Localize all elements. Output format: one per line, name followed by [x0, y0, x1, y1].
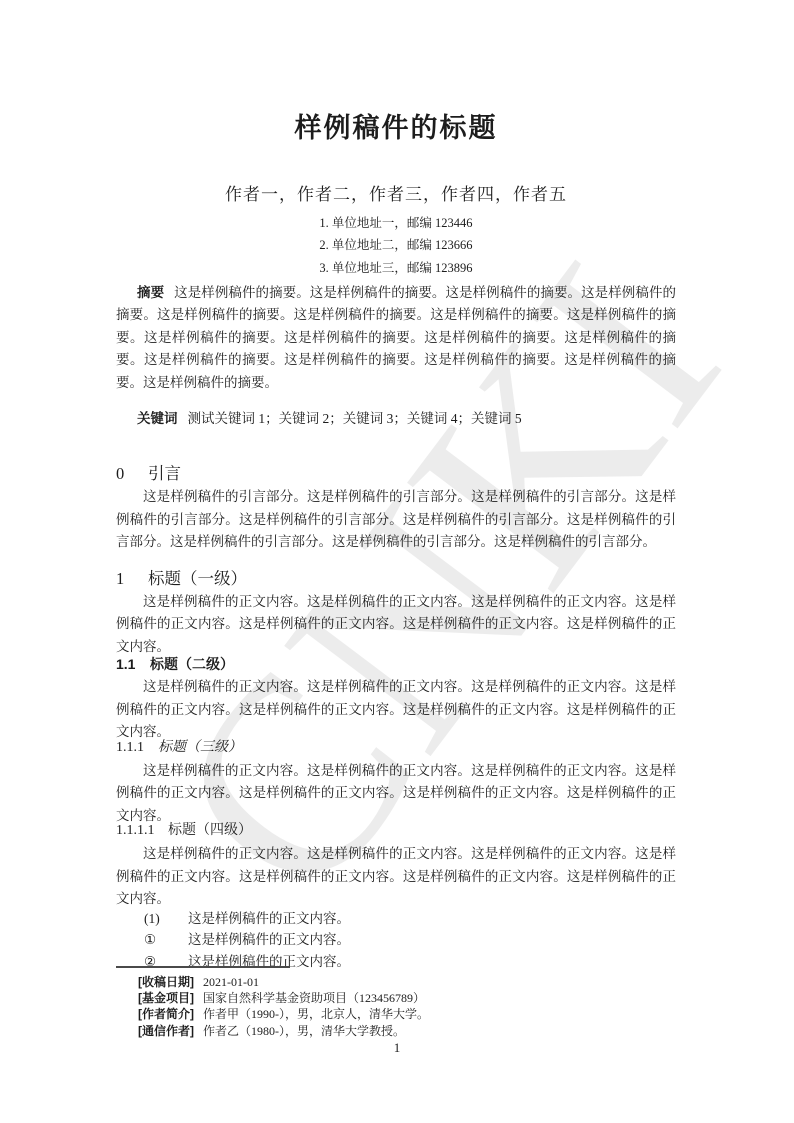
page-number: 1 [0, 1040, 794, 1056]
footnote-row: [作者简介]作者甲（1990-），男，北京人，清华大学。 [116, 1006, 676, 1022]
list-marker: ① [144, 929, 188, 951]
section-heading-level4: 1.1.1.1标题（四级） [116, 823, 676, 839]
list-text: 这是样例稿件的正文内容。 [188, 911, 350, 926]
footnote-label: [通信作者] [138, 1024, 194, 1038]
section-number: 1 [116, 570, 148, 588]
footnote-label: [作者简介] [138, 1007, 194, 1021]
abstract-paragraph: 摘要这是样例稿件的摘要。这是样例稿件的摘要。这是样例稿件的摘要。这是样例稿件的摘… [116, 282, 676, 395]
list-text: 这是样例稿件的正文内容。 [188, 932, 350, 947]
abstract-label: 摘要 [137, 285, 164, 300]
section-title: 标题（二级） [150, 656, 234, 672]
section-title: 标题（三级） [158, 740, 242, 755]
list-item: (1)这是样例稿件的正文内容。 [116, 908, 676, 930]
section-title: 标题（四级） [168, 823, 252, 838]
section-title: 标题（一级） [148, 569, 247, 588]
footnote-block: [收稿日期]2021-01-01 [基金项目]国家自然科学基金资助项目（1234… [116, 966, 676, 1039]
footnote-text: 2021-01-01 [203, 975, 259, 989]
paper-title: 样例稿件的标题 [116, 112, 676, 144]
numbered-list: (1)这是样例稿件的正文内容。 ①这是样例稿件的正文内容。 ②这是样例稿件的正文… [116, 908, 676, 973]
section-heading-intro: 0引言 [116, 465, 676, 483]
footnote-divider [116, 966, 290, 968]
section-number: 1.1.1 [116, 740, 158, 756]
keywords-paragraph: 关键词测试关键词 1；关键词 2；关键词 3；关键词 4；关键词 5 [116, 408, 676, 431]
keywords-label: 关键词 [137, 411, 178, 426]
affiliation-line: 1. 单位地址一，邮编 123446 [116, 212, 676, 234]
section-paragraph: 这是样例稿件的正文内容。这是样例稿件的正文内容。这是样例稿件的正文内容。这是样例… [116, 843, 676, 911]
section-title: 引言 [148, 464, 181, 483]
section-number: 1.1.1.1 [116, 823, 168, 839]
footnote-text: 作者甲（1990-），男，北京人，清华大学。 [203, 1007, 429, 1021]
list-item: ①这是样例稿件的正文内容。 [116, 929, 676, 951]
abstract-text: 这是样例稿件的摘要。这是样例稿件的摘要。这是样例稿件的摘要。这是样例稿件的摘要。… [116, 285, 676, 390]
footnote-label: [收稿日期] [138, 975, 194, 989]
affiliation-line: 3. 单位地址三，邮编 123896 [116, 257, 676, 279]
affiliation-line: 2. 单位地址二，邮编 123666 [116, 234, 676, 256]
section-number: 1.1 [116, 656, 150, 672]
footnote-label: [基金项目] [138, 991, 194, 1005]
keywords-text: 测试关键词 1；关键词 2；关键词 3；关键词 4；关键词 5 [188, 411, 522, 426]
footnote-text: 国家自然科学基金资助项目（123456789） [203, 991, 425, 1005]
section-paragraph: 这是样例稿件的正文内容。这是样例稿件的正文内容。这是样例稿件的正文内容。这是样例… [116, 760, 676, 828]
affiliations-block: 1. 单位地址一，邮编 123446 2. 单位地址二，邮编 123666 3.… [116, 212, 676, 279]
list-marker: (1) [144, 908, 188, 930]
section-heading-level1: 1标题（一级） [116, 570, 676, 588]
section-number: 0 [116, 465, 148, 483]
authors-line: 作者一，作者二，作者三，作者四，作者五 [116, 182, 676, 208]
footnote-row: [收稿日期]2021-01-01 [116, 974, 676, 990]
paper-content: 样例稿件的标题 作者一，作者二，作者三，作者四，作者五 1. 单位地址一，邮编 … [0, 112, 794, 972]
section-heading-level3: 1.1.1标题（三级） [116, 740, 676, 756]
section-heading-level2: 1.1标题（二级） [116, 656, 676, 672]
footnote-row: [基金项目]国家自然科学基金资助项目（123456789） [116, 990, 676, 1006]
section-paragraph: 这是样例稿件的正文内容。这是样例稿件的正文内容。这是样例稿件的正文内容。这是样例… [116, 676, 676, 744]
footnote-text: 作者乙（1980-），男，清华大学教授。 [203, 1024, 405, 1038]
section-paragraph: 这是样例稿件的正文内容。这是样例稿件的正文内容。这是样例稿件的正文内容。这是样例… [116, 591, 676, 659]
footnote-row: [通信作者]作者乙（1980-），男，清华大学教授。 [116, 1023, 676, 1039]
paper-page: CNKI 样例稿件的标题 作者一，作者二，作者三，作者四，作者五 1. 单位地址… [0, 0, 794, 1123]
section-paragraph: 这是样例稿件的引言部分。这是样例稿件的引言部分。这是样例稿件的引言部分。这是样例… [116, 486, 676, 554]
